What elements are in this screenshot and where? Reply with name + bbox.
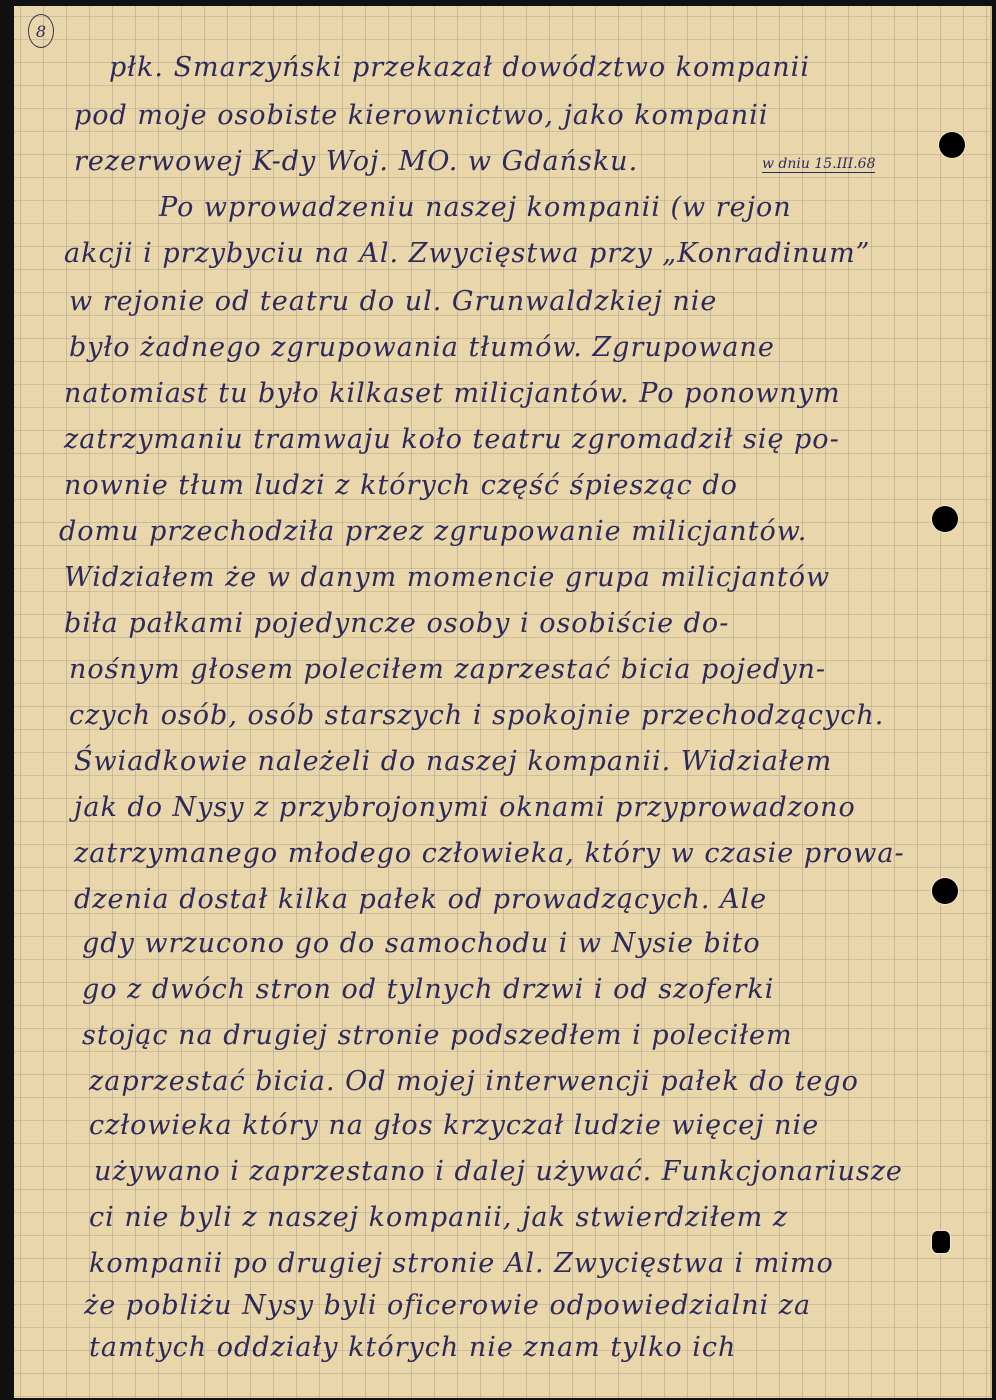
text-line: natomiast tu było kilkaset milicjantów. … (64, 378, 841, 409)
punch-hole-bottom (932, 1231, 950, 1253)
text-line: płk. Smarzyński przekazał dowództwo komp… (109, 52, 810, 83)
text-line: zatrzymaniu tramwaju koło teatru zgromad… (64, 424, 840, 455)
text-line: rezerwowej K-dy Woj. MO. w Gdańsku. (74, 146, 638, 177)
text-line: dzenia dostał kilka pałek od prowadzącyc… (74, 884, 767, 915)
text-line: tamtych oddziały których nie znam tylko … (89, 1332, 736, 1363)
text-line: akcji i przybyciu na Al. Zwycięstwa przy… (64, 238, 870, 269)
text-line: w rejonie od teatru do ul. Grunwaldzkiej… (69, 286, 717, 317)
text-line: używano i zaprzestano i dalej używać. Fu… (94, 1156, 903, 1187)
text-line: go z dwóch stron od tylnych drzwi i od s… (82, 974, 774, 1005)
text-line: zaprzestać bicia. Od mojej interwencji p… (89, 1066, 859, 1097)
text-line: było żadnego zgrupowania tłumów. Zgrupow… (69, 332, 775, 363)
text-line: Świadkowie należeli do naszej kompanii. … (74, 746, 832, 777)
text-line: jak do Nysy z przybrojonymi oknami przyp… (74, 792, 856, 823)
text-line: czych osób, osób starszych i spokojnie p… (69, 700, 884, 731)
text-line: zatrzymanego młodego człowieka, który w … (74, 838, 905, 869)
punch-hole-lower (932, 878, 958, 904)
page-number: 8 (28, 14, 54, 48)
text-line: stojąc na drugiej stronie podszedłem i p… (82, 1020, 793, 1051)
text-line: biła pałkami pojedyncze osoby i osobiści… (64, 608, 729, 639)
text-line: pod moje osobiste kierownictwo, jako kom… (74, 100, 768, 131)
text-line: nośnym głosem poleciłem zaprzestać bicia… (69, 654, 826, 685)
date-annotation: w dniu 15.III.68 (762, 156, 875, 173)
text-line: człowieka który na głos krzyczał ludzie … (89, 1110, 819, 1141)
text-line: że pobliżu Nysy byli oficerowie odpowied… (84, 1290, 811, 1321)
text-line: Widziałem że w danym momencie grupa mili… (64, 562, 830, 593)
text-line: domu przechodziła przez zgrupowanie mili… (59, 516, 807, 547)
text-line: ci nie byli z naszej kompanii, jak stwie… (89, 1202, 788, 1233)
punch-hole-top (939, 132, 965, 158)
handwritten-page: 8 w dniu 15.III.68 płk. Smarzyński przek… (14, 6, 992, 1398)
punch-hole-middle (932, 506, 958, 532)
text-line: kompanii po drugiej stronie Al. Zwycięst… (89, 1248, 834, 1279)
text-line: gdy wrzucono go do samochodu i w Nysie b… (82, 928, 761, 959)
text-line: nownie tłum ludzi z których część śpiesz… (64, 470, 738, 501)
text-line: Po wprowadzeniu naszej kompanii (w rejon (159, 192, 792, 223)
